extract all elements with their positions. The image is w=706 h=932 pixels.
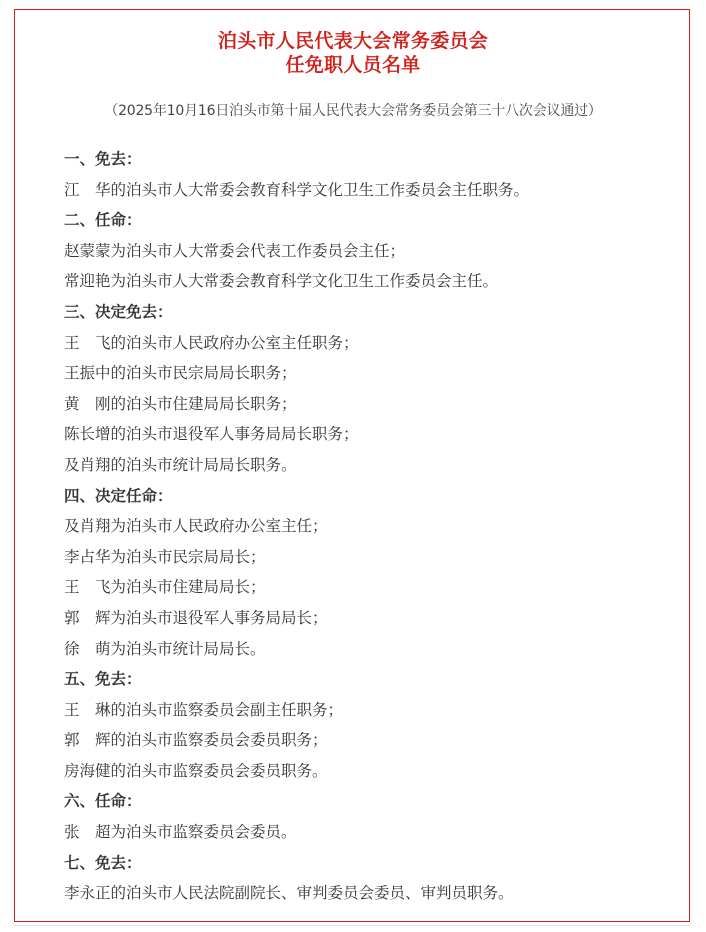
list-item: 及肖翔的泊头市统计局局长职务。 [64, 450, 684, 481]
section-heading: 六、任命： [64, 786, 684, 817]
section-heading: 七、免去： [64, 848, 684, 879]
list-item: 陈长增的泊头市退役军人事务局局长职务； [64, 419, 684, 450]
list-item: 王 琳的泊头市监察委员会副主任职务； [64, 695, 684, 726]
list-item: 李占华为泊头市民宗局局长； [64, 542, 684, 573]
list-item: 徐 萌为泊头市统计局局长。 [64, 634, 684, 665]
list-item: 房海健的泊头市监察委员会委员职务。 [64, 756, 684, 787]
list-item: 王振中的泊头市民宗局局长职务； [64, 358, 684, 389]
section-heading: 四、决定任命： [64, 481, 684, 512]
list-item: 赵蒙蒙为泊头市人大常委会代表工作委员会主任； [64, 236, 684, 267]
document-subtitle: （2025年10月16日泊头市第十届人民代表大会常务委员会第三十八次会议通过） [0, 101, 706, 121]
document-body: 一、免去： 江 华的泊头市人大常委会教育科学文化卫生工作委员会主任职务。 二、任… [64, 144, 684, 909]
list-item: 江 华的泊头市人大常委会教育科学文化卫生工作委员会主任职务。 [64, 175, 684, 206]
list-item: 张 超为泊头市监察委员会委员。 [64, 817, 684, 848]
section-heading: 五、免去： [64, 664, 684, 695]
document-title-line1: 泊头市人民代表大会常务委员会 [0, 29, 706, 53]
list-item: 黄 刚的泊头市住建局局长职务； [64, 389, 684, 420]
list-item: 郭 辉为泊头市退役军人事务局局长； [64, 603, 684, 634]
list-item: 郭 辉的泊头市监察委员会委员职务； [64, 725, 684, 756]
list-item: 常迎艳为泊头市人大常委会教育科学文化卫生工作委员会主任。 [64, 266, 684, 297]
section-heading: 三、决定免去： [64, 297, 684, 328]
list-item: 李永正的泊头市人民法院副院长、审判委员会委员、审判员职务。 [64, 878, 684, 909]
list-item: 及肖翔为泊头市人民政府办公室主任； [64, 511, 684, 542]
list-item: 王 飞的泊头市人民政府办公室主任职务； [64, 328, 684, 359]
divider [14, 925, 690, 926]
list-item: 王 飞为泊头市住建局局长； [64, 572, 684, 603]
section-heading: 一、免去： [64, 144, 684, 175]
document-title-line2: 任免职人员名单 [0, 53, 706, 77]
section-heading: 二、任命： [64, 205, 684, 236]
